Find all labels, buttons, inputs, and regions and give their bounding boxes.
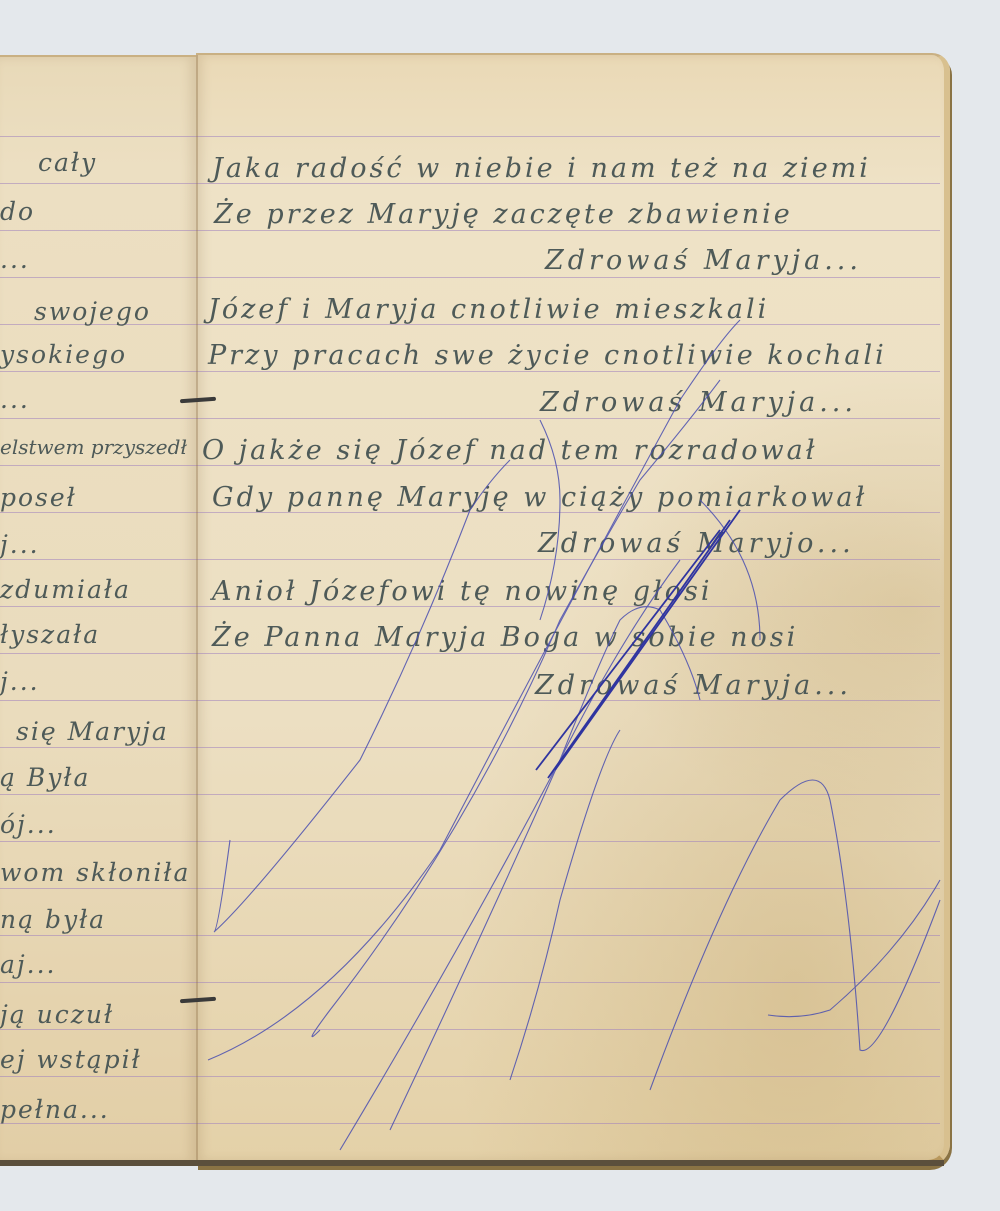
left-line: ą Była [0,763,90,792]
left-line: j... [0,667,40,696]
verse-line: Anioł Józefowi tę nowinę głosi [212,576,713,607]
verse-line: Przy pracach swe życie cnotliwie kochali [208,340,887,371]
left-line: ją uczuł [0,1000,114,1029]
left-line: elstwem przyszedł [0,435,187,459]
notebook-spread: cały do ... swojego ysokiego ... elstwem… [0,0,1000,1211]
left-line: łyszała [0,620,100,649]
left-line: się Maryja [16,717,169,746]
verse-line: Gdy pannę Maryję w ciąży pomiarkował [212,482,867,513]
verse-line: O jakże się Józef nad tem rozradował [202,435,818,466]
left-line: aj... [0,950,57,979]
left-line: ej wstąpił [0,1045,142,1074]
notebook-bottom-edge [0,1160,944,1166]
refrain: Zdrowaś Maryjo... [538,528,855,559]
left-line: ną była [0,905,106,934]
left-line: wom skłoniła [0,858,190,887]
refrain: Zdrowaś Maryja... [535,670,852,701]
verse-line: Józef i Maryja cnotliwie mieszkali [208,294,769,325]
left-line: pełna... [0,1095,110,1124]
refrain: Zdrowaś Maryja... [545,245,862,276]
left-line: cały [38,148,97,177]
refrain: Zdrowaś Maryja... [540,387,857,418]
left-line: poseł [0,483,77,512]
left-line: zdumiała [0,575,131,604]
left-line: swojego [34,297,151,326]
left-line: ój... [0,810,57,839]
left-line: ... [0,245,30,274]
left-line: ysokiego [0,340,127,369]
left-line: do [0,197,35,226]
left-line: j... [0,530,40,559]
verse-line: Że przez Maryję zaczęte zbawienie [214,199,793,230]
left-line: ... [0,385,30,414]
verse-line: Że Panna Maryja Boga w sobie nosi [212,622,798,653]
spine-fold [196,55,198,1160]
verse-line: Jaka radość w niebie i nam też na ziemi [212,153,871,184]
